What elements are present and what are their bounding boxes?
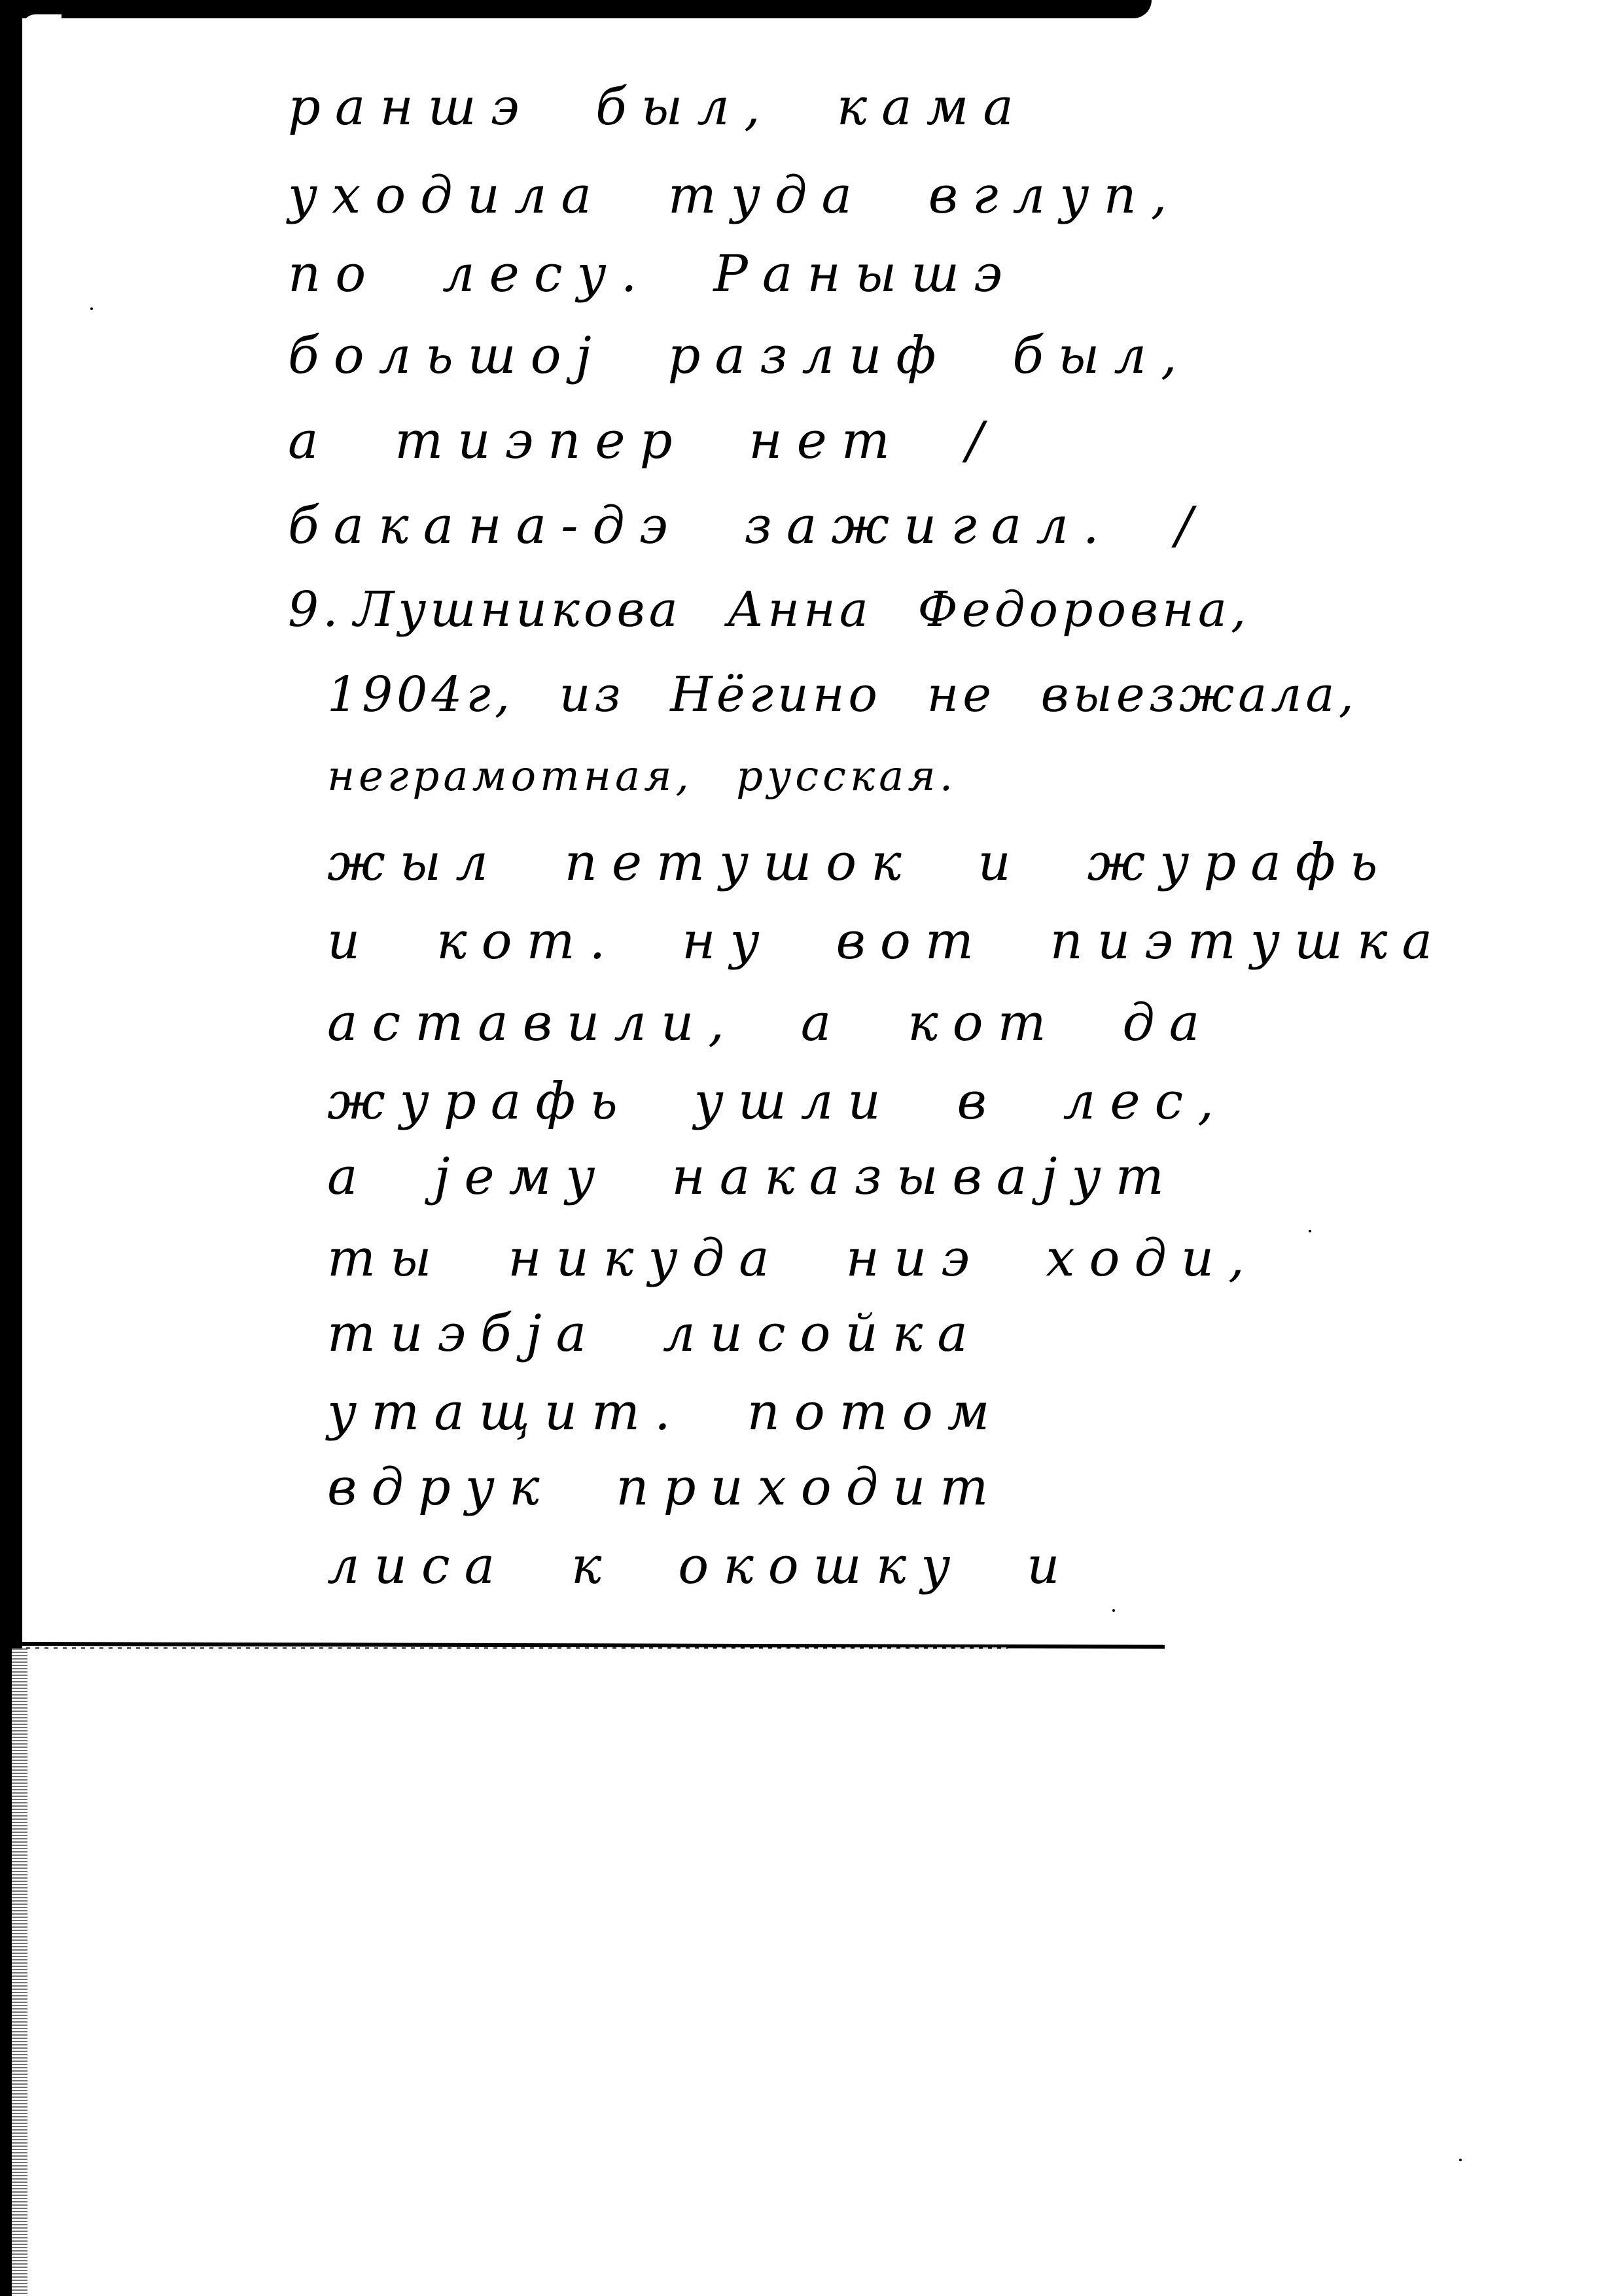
text-line: жыл петушок и журафь — [327, 837, 1392, 888]
scan-speck — [1459, 2159, 1462, 2161]
scan-border-left — [0, 0, 22, 1648]
scan-speck — [90, 307, 93, 310]
text-line: утащит. потом — [327, 1387, 1004, 1438]
text-line: тиэбjа лисойка — [327, 1308, 982, 1359]
text-line: по лесу. Ранышэ — [288, 249, 1017, 300]
text-line: уходила туда вглуп, — [288, 170, 1182, 221]
informant-info: 1904г, из Нёгино не выезжала, — [327, 670, 1358, 719]
text-line: ты никуда ниэ ходи, — [327, 1233, 1259, 1284]
text-line: а jему наказываjут — [327, 1151, 1178, 1202]
scan-speck — [1112, 1609, 1115, 1612]
page-corner — [22, 14, 62, 27]
informant-name: Лушникова Анна Федоровна, — [354, 582, 1250, 638]
scan-border-top — [0, 0, 1152, 18]
text-line: журафь ушли в лес, — [327, 1076, 1228, 1127]
scan-speck — [1309, 1230, 1311, 1232]
entry-heading: 9.Лушникова Анна Федоровна, — [288, 585, 1250, 634]
text-line: аставили, а кот да — [327, 998, 1214, 1049]
text-line: бакана-дэ зажигал. / — [288, 500, 1207, 551]
text-line: и кот. ну вот пиэтушка — [327, 916, 1447, 967]
entry-number: 9. — [288, 582, 342, 638]
scan-border-left-lower — [0, 1642, 12, 2296]
page-bottom-edge-shadow — [26, 1647, 1008, 1649]
text-line: а тиэпер нет / — [288, 415, 998, 466]
scan-grain — [12, 1648, 27, 2296]
text-line: лиса к окошку и — [327, 1540, 1074, 1592]
text-line: большоj разлиф был, — [288, 330, 1192, 381]
text-line: раншэ был, кама — [288, 82, 1028, 133]
text-line: вдрук приходит — [327, 1462, 1002, 1513]
informant-info: неграмотная, русская. — [327, 756, 957, 797]
